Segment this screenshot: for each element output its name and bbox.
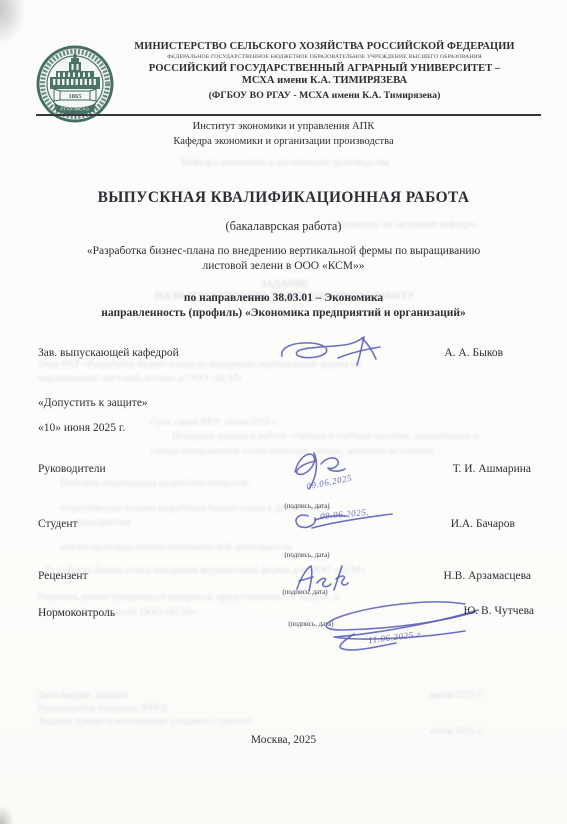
ghost-bleedthrough-line: Срок сдачи ВКР: июня 2025 г.	[150, 417, 410, 430]
institute-line: Институт экономики и управления АПК	[0, 121, 567, 132]
work-subtype: (бакалаврская работа)	[0, 219, 567, 234]
ghost-bleedthrough-line: анализ производственно-экономической дея…	[60, 542, 440, 555]
logo-year-banner: 1865	[54, 89, 96, 101]
topic-line2: листовой зелени в ООО «КСМ»»	[0, 260, 567, 272]
fgbou-line: ФЕДЕРАЛЬНОЕ ГОСУДАРСТВЕННОЕ БЮДЖЕТНОЕ ОБ…	[102, 54, 547, 61]
reviewer-name: Н.В. Арзамасцева	[444, 570, 532, 582]
normcontrol-role: Нормоконтроль	[38, 607, 115, 619]
logo-year: 1865	[69, 93, 83, 100]
ghost-bleedthrough-line: июня 2025 г.	[430, 690, 540, 703]
head-of-department-role: Зав. выпускающей кафедрой	[38, 347, 179, 359]
admit-to-defense-line: «Допустить к защите»	[38, 397, 148, 409]
normcontrol-name: Ю. В. Чутчева	[463, 605, 534, 617]
department-line: Кафедра экономики и организации производ…	[0, 136, 567, 147]
ghost-bleedthrough-line: Руководитель (подпись, ФИО)	[38, 703, 318, 716]
signature-caption: (подпись, дата)	[255, 588, 355, 596]
ministry-line: МИНИСТЕРСТВО СЕЛЬСКОГО ХОЗЯЙСТВА РОССИЙС…	[102, 41, 547, 53]
reviewer-role: Рецензент	[38, 570, 88, 582]
city-year-line: Москва, 2025	[0, 734, 567, 746]
ghost-bleedthrough-line: Дата выдачи задания	[38, 690, 298, 703]
direction-line: по направлению 38.03.01 – Экономика	[0, 292, 567, 304]
head-of-department-name: А. А. Быков	[444, 347, 503, 359]
signature-caption: (подпись, дата)	[252, 551, 362, 559]
supervisor-role: Руководители	[38, 463, 106, 475]
student-name: И.А. Бачаров	[451, 518, 515, 530]
header-divider	[36, 114, 541, 116]
student-role: Студент	[38, 518, 78, 530]
university-abbreviation: (ФГБОУ ВО РГАУ - МСХА имени К.А. Тимиряз…	[102, 90, 547, 102]
ghost-bleedthrough-line: Кафедра экономики и организации производ…	[120, 157, 450, 170]
university-name-line1: РОССИЙСКИЙ ГОСУДАРСТВЕННЫЙ АГРАРНЫЙ УНИВ…	[102, 63, 547, 76]
thesis-title-page: Кафедра экономики и организации производ…	[0, 0, 567, 824]
ghost-bleedthrough-line: выращиванию листовой зелени» в ООО «КСМ»	[38, 373, 468, 386]
work-type-title: ВЫПУСКНАЯ КВАЛИФИКАЦИОННАЯ РАБОТА	[0, 189, 567, 207]
scan-smudge	[0, 806, 14, 824]
ghost-bleedthrough-line: Исходные данные к работе: учебная и учеб…	[172, 431, 540, 444]
logo-label: РГАУ-МСХА	[60, 107, 90, 112]
document-header: МИНИСТЕРСТВО СЕЛЬСКОГО ХОЗЯЙСТВА РОССИЙС…	[102, 41, 547, 101]
ghost-bleedthrough-line: ЗАДАНИЕ	[120, 279, 450, 292]
ghost-bleedthrough-line: Задание принял к исполнению (подпись сту…	[38, 716, 378, 729]
profile-line: направленность (профиль) «Экономика пред…	[0, 307, 567, 319]
admit-date-line: «10» июня 2025 г.	[38, 422, 125, 434]
head-of-department-signature	[276, 332, 386, 372]
supervisor-name: Т. И. Ашмарина	[453, 463, 531, 475]
topic-line1: «Разработка бизнес-плана по внедрению ве…	[0, 245, 567, 257]
university-name-line2: МСХА имени К.А. ТИМИРЯЗЕВА	[102, 75, 547, 88]
ghost-bleedthrough-line: предприятия	[76, 517, 296, 530]
ghost-bleedthrough-line: Перечень подлежащих разработке вопросов:	[60, 478, 460, 491]
scan-smudge	[0, 0, 26, 46]
